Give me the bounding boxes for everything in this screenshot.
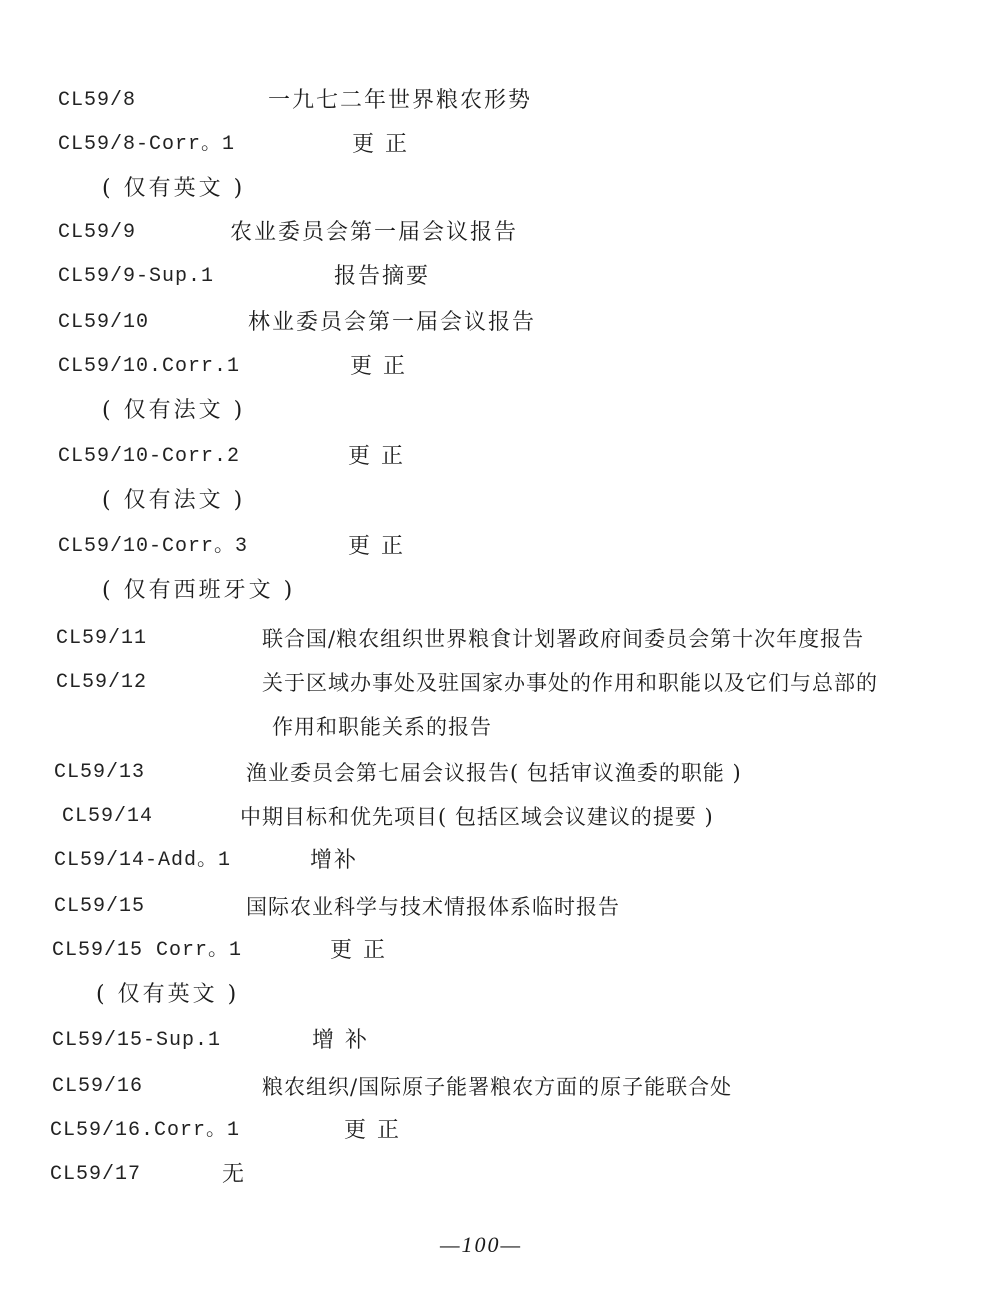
document-code: CL59/9: [58, 218, 136, 248]
document-page: CL59/8 一九七二年世界粮农形势 CL59/8-Corr。1 更 正 ( 仅…: [0, 0, 1000, 1307]
document-title: 更 正: [344, 1116, 401, 1146]
document-code: CL59/11: [56, 624, 147, 654]
document-title: 国际农业科学与技术情报体系临时报告: [246, 892, 620, 922]
document-title: 增 补: [312, 1026, 369, 1056]
document-code: CL59/15 Corr。1: [52, 936, 242, 966]
document-title: 中期目标和优先项目( 包括区域会议建议的提要 ): [240, 802, 714, 832]
language-note: ( 仅有英文 ): [102, 174, 245, 204]
document-title-continuation: 作用和职能关系的报告: [272, 712, 492, 742]
document-title: 关于区域办事处及驻国家办事处的作用和职能以及它们与总部的: [262, 668, 878, 698]
document-code: CL59/10: [58, 308, 149, 338]
document-code: CL59/10-Corr.2: [58, 442, 240, 472]
language-note: ( 仅有英文 ): [96, 980, 239, 1010]
document-title: 增补: [310, 846, 358, 876]
document-code: CL59/9-Sup.1: [58, 262, 214, 292]
document-title: 更 正: [330, 936, 387, 966]
document-code: CL59/16.Corr。1: [50, 1116, 240, 1146]
language-note: ( 仅有法文 ): [102, 486, 245, 516]
document-code: CL59/17: [50, 1160, 141, 1190]
document-title: 更 正: [348, 442, 405, 472]
document-title: 更 正: [350, 352, 407, 382]
document-code: CL59/15-Sup.1: [52, 1026, 221, 1056]
document-title: 更 正: [348, 532, 405, 562]
document-title: 农业委员会第一届会议报告: [230, 218, 518, 248]
document-code: CL59/8-Corr。1: [58, 130, 235, 160]
document-code: CL59/15: [54, 892, 145, 922]
document-title: 无: [222, 1160, 246, 1190]
document-code: CL59/14: [62, 802, 153, 832]
document-title: 联合国/粮农组织世界粮食计划署政府间委员会第十次年度报告: [262, 624, 864, 654]
document-code: CL59/16: [52, 1072, 143, 1102]
document-title: 报告摘要: [334, 262, 430, 292]
document-code: CL59/8: [58, 86, 136, 116]
document-title: 一九七二年世界粮农形势: [268, 86, 532, 116]
document-code: CL59/13: [54, 758, 145, 788]
language-note: ( 仅有法文 ): [102, 396, 245, 426]
document-title: 渔业委员会第七届会议报告( 包括审议渔委的职能 ): [246, 758, 742, 788]
document-code: CL59/10-Corr。3: [58, 532, 248, 562]
page-number: —100—: [440, 1232, 522, 1258]
document-title: 林业委员会第一届会议报告: [248, 308, 536, 338]
document-code: CL59/14-Add。1: [54, 846, 231, 876]
document-code: CL59/10.Corr.1: [58, 352, 240, 382]
document-title: 更 正: [352, 130, 409, 160]
document-code: CL59/12: [56, 668, 147, 698]
language-note: ( 仅有西班牙文 ): [102, 576, 295, 606]
document-title: 粮农组织/国际原子能署粮农方面的原子能联合处: [262, 1072, 732, 1102]
